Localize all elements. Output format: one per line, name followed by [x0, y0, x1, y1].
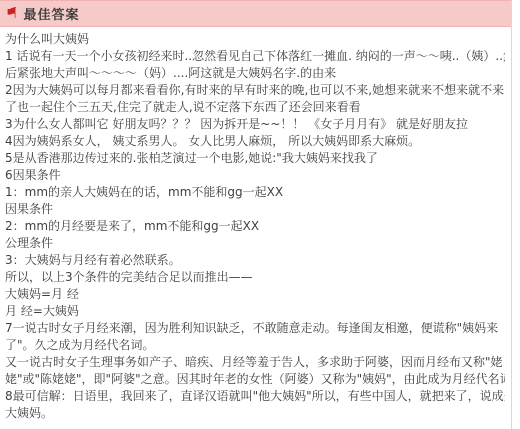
- answer-line: 后紧张地大声叫～～～～（妈）....阿这就是大姨妈名字.的由来: [5, 65, 505, 82]
- answer-line: 3：大姨妈与月经有着必然联系。: [5, 252, 505, 269]
- answer-line: 5是从香港那边传过来的.张柏芝演过一个电影,她说:"我大姨妈来找我了: [5, 150, 505, 167]
- best-answer-header: ⚑ 最佳答案: [0, 0, 511, 27]
- answer-line: 2：mm的月经要是来了，mm不能和gg一起XX: [5, 218, 505, 235]
- answer-line: 又一说古时女子生理事务如产子、暗疾、月经等羞于告人，多求助于阿婆，因而月经布又称…: [5, 354, 505, 371]
- answer-line: 大姨妈=月 经: [5, 286, 505, 303]
- answer-line: 4因为姨妈系女人， 姨丈系男人。 女人比男人麻烦， 所以大姨妈即系大麻烦。: [5, 133, 505, 150]
- answer-line: 大姨妈。: [5, 405, 505, 422]
- answer-line: 了也一起住个三五天,住完了就走人,说不定落下东西了还会回来看看: [5, 99, 505, 116]
- answer-line: 所以，以上3个条件的完美结合足以而推出——: [5, 269, 505, 286]
- answer-line: 2因为大姨妈可以每月都来看看你,有时来的早有时来的晚,也可以不来,她想来就来不想…: [5, 82, 505, 99]
- answer-line: 月 经=大姨妈: [5, 303, 505, 320]
- best-answer-panel: ⚑ 最佳答案 为什么叫大姨妈1 话说有一天一个小女孩初经来时..忽然看见自己下体…: [0, 0, 512, 429]
- answer-line: 8最可信解：日语里，我回来了，直译汉语就叫"他大姨妈"所以，有些中国人，就把来了…: [5, 388, 505, 405]
- flag-icon: ⚑: [5, 6, 18, 21]
- answer-line: 6因果条件: [5, 167, 505, 184]
- answer-line: 因果条件: [5, 201, 505, 218]
- answer-line: 了"。久之成为月经代名词。: [5, 337, 505, 354]
- answer-line: 为什么叫大姨妈: [5, 31, 505, 48]
- answer-line: 公理条件: [5, 235, 505, 252]
- best-answer-title: 最佳答案: [23, 4, 79, 23]
- answer-line: 1：mm的亲人大姨妈在的话，mm不能和gg一起XX: [5, 184, 505, 201]
- answer-line: 1 话说有一天一个小女孩初经来时..忽然看见自己下体落红一摊血. 纳闷的一声～～…: [5, 48, 505, 65]
- answer-line: 7一说古时女子月经来潮，因为胜利知识缺乏，不敢随意走动。每逢闺友相邀，便谎称"姨…: [5, 320, 505, 337]
- answer-line: 姥"或"陈姥姥"，即"阿婆"之意。因其时年老的女性（阿婆）又称为"姨妈"，由此成…: [5, 371, 505, 388]
- answer-content: 为什么叫大姨妈1 话说有一天一个小女孩初经来时..忽然看见自己下体落红一摊血. …: [0, 27, 511, 422]
- answer-line: 3为什么女人都叫它 好朋友吗？？？ 因为拆开是~~！！ 《女子月月有》 就是好朋…: [5, 116, 505, 133]
